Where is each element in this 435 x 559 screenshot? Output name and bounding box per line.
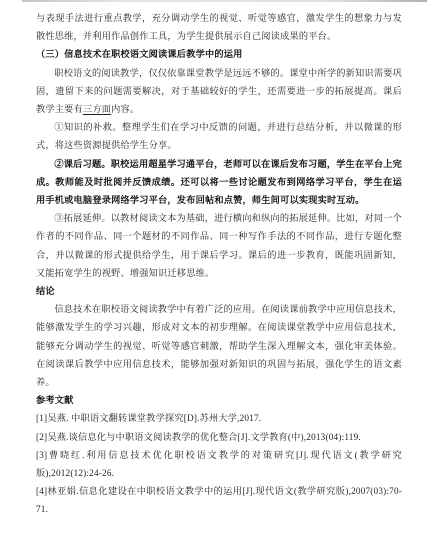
after-class-intro-tail: 内容。 xyxy=(111,104,139,114)
reference-item: [2]吴燕.谈信息化与中职语文阅读教学的优化整合[J].文学教育(中),2013… xyxy=(36,428,402,446)
references-heading: 参考文献 xyxy=(36,391,402,409)
scan-edge-artifact xyxy=(22,0,427,2)
reference-item: [3]曹晓红.利用信息技术优化职校语文教学的对策研究[J].现代语文(教学研究版… xyxy=(36,446,402,482)
paragraph-continuation: 与表现手法进行重点教学，充分调动学生的视觉、听觉等感官，激发学生的想象力与发散性… xyxy=(36,9,402,45)
underlined-phrase: 三方面 xyxy=(83,104,111,114)
references-list: [1]吴燕. 中职语文翻转课堂教学探究[D].苏州大学,2017. [2]吴燕.… xyxy=(36,409,402,518)
paragraph-item2-homework-platform: ②课后习题。职校运用超星学习通平台，老师可以在课后发布习题，学生在平台上完成。教… xyxy=(36,155,402,210)
paragraph-conclusion: 信息技术在职校语文阅读教学中有着广泛的应用。在阅读课前教学中应用信息技术，能够激… xyxy=(36,300,402,391)
reference-item: [1]吴燕. 中职语文翻转课堂教学探究[D].苏州大学,2017. xyxy=(36,409,402,427)
paragraph-after-class-intro: 职校语文的阅读教学，仅仅依靠课堂教学是远远不够的。课堂中所学的新知识需要巩固，遗… xyxy=(36,64,402,119)
paragraph-item1-knowledge-remedy: ①知识的补救。整理学生们在学习中反馈的问题，并进行总结分析，并以微课的形式，将这… xyxy=(36,118,402,154)
paragraph-item3-extension: ③拓展延伸。以教材阅读文本为基础，进行横向和纵向的拓展延伸。比如，对同一个作者的… xyxy=(36,209,402,282)
document-body: 与表现手法进行重点教学，充分调动学生的视觉、听觉等感官，激发学生的想象力与发散性… xyxy=(36,9,402,519)
document-page: 与表现手法进行重点教学，充分调动学生的视觉、听觉等感官，激发学生的想象力与发散性… xyxy=(0,0,435,559)
conclusion-heading: 结论 xyxy=(36,282,402,300)
section-heading-after-class: （三）信息技术在职校语文阅读课后教学中的运用 xyxy=(36,45,402,63)
reference-item: [4]林亚娟.信息化建设在中职校语文教学中的运用[J].现代语文(教学研究版),… xyxy=(36,482,402,518)
